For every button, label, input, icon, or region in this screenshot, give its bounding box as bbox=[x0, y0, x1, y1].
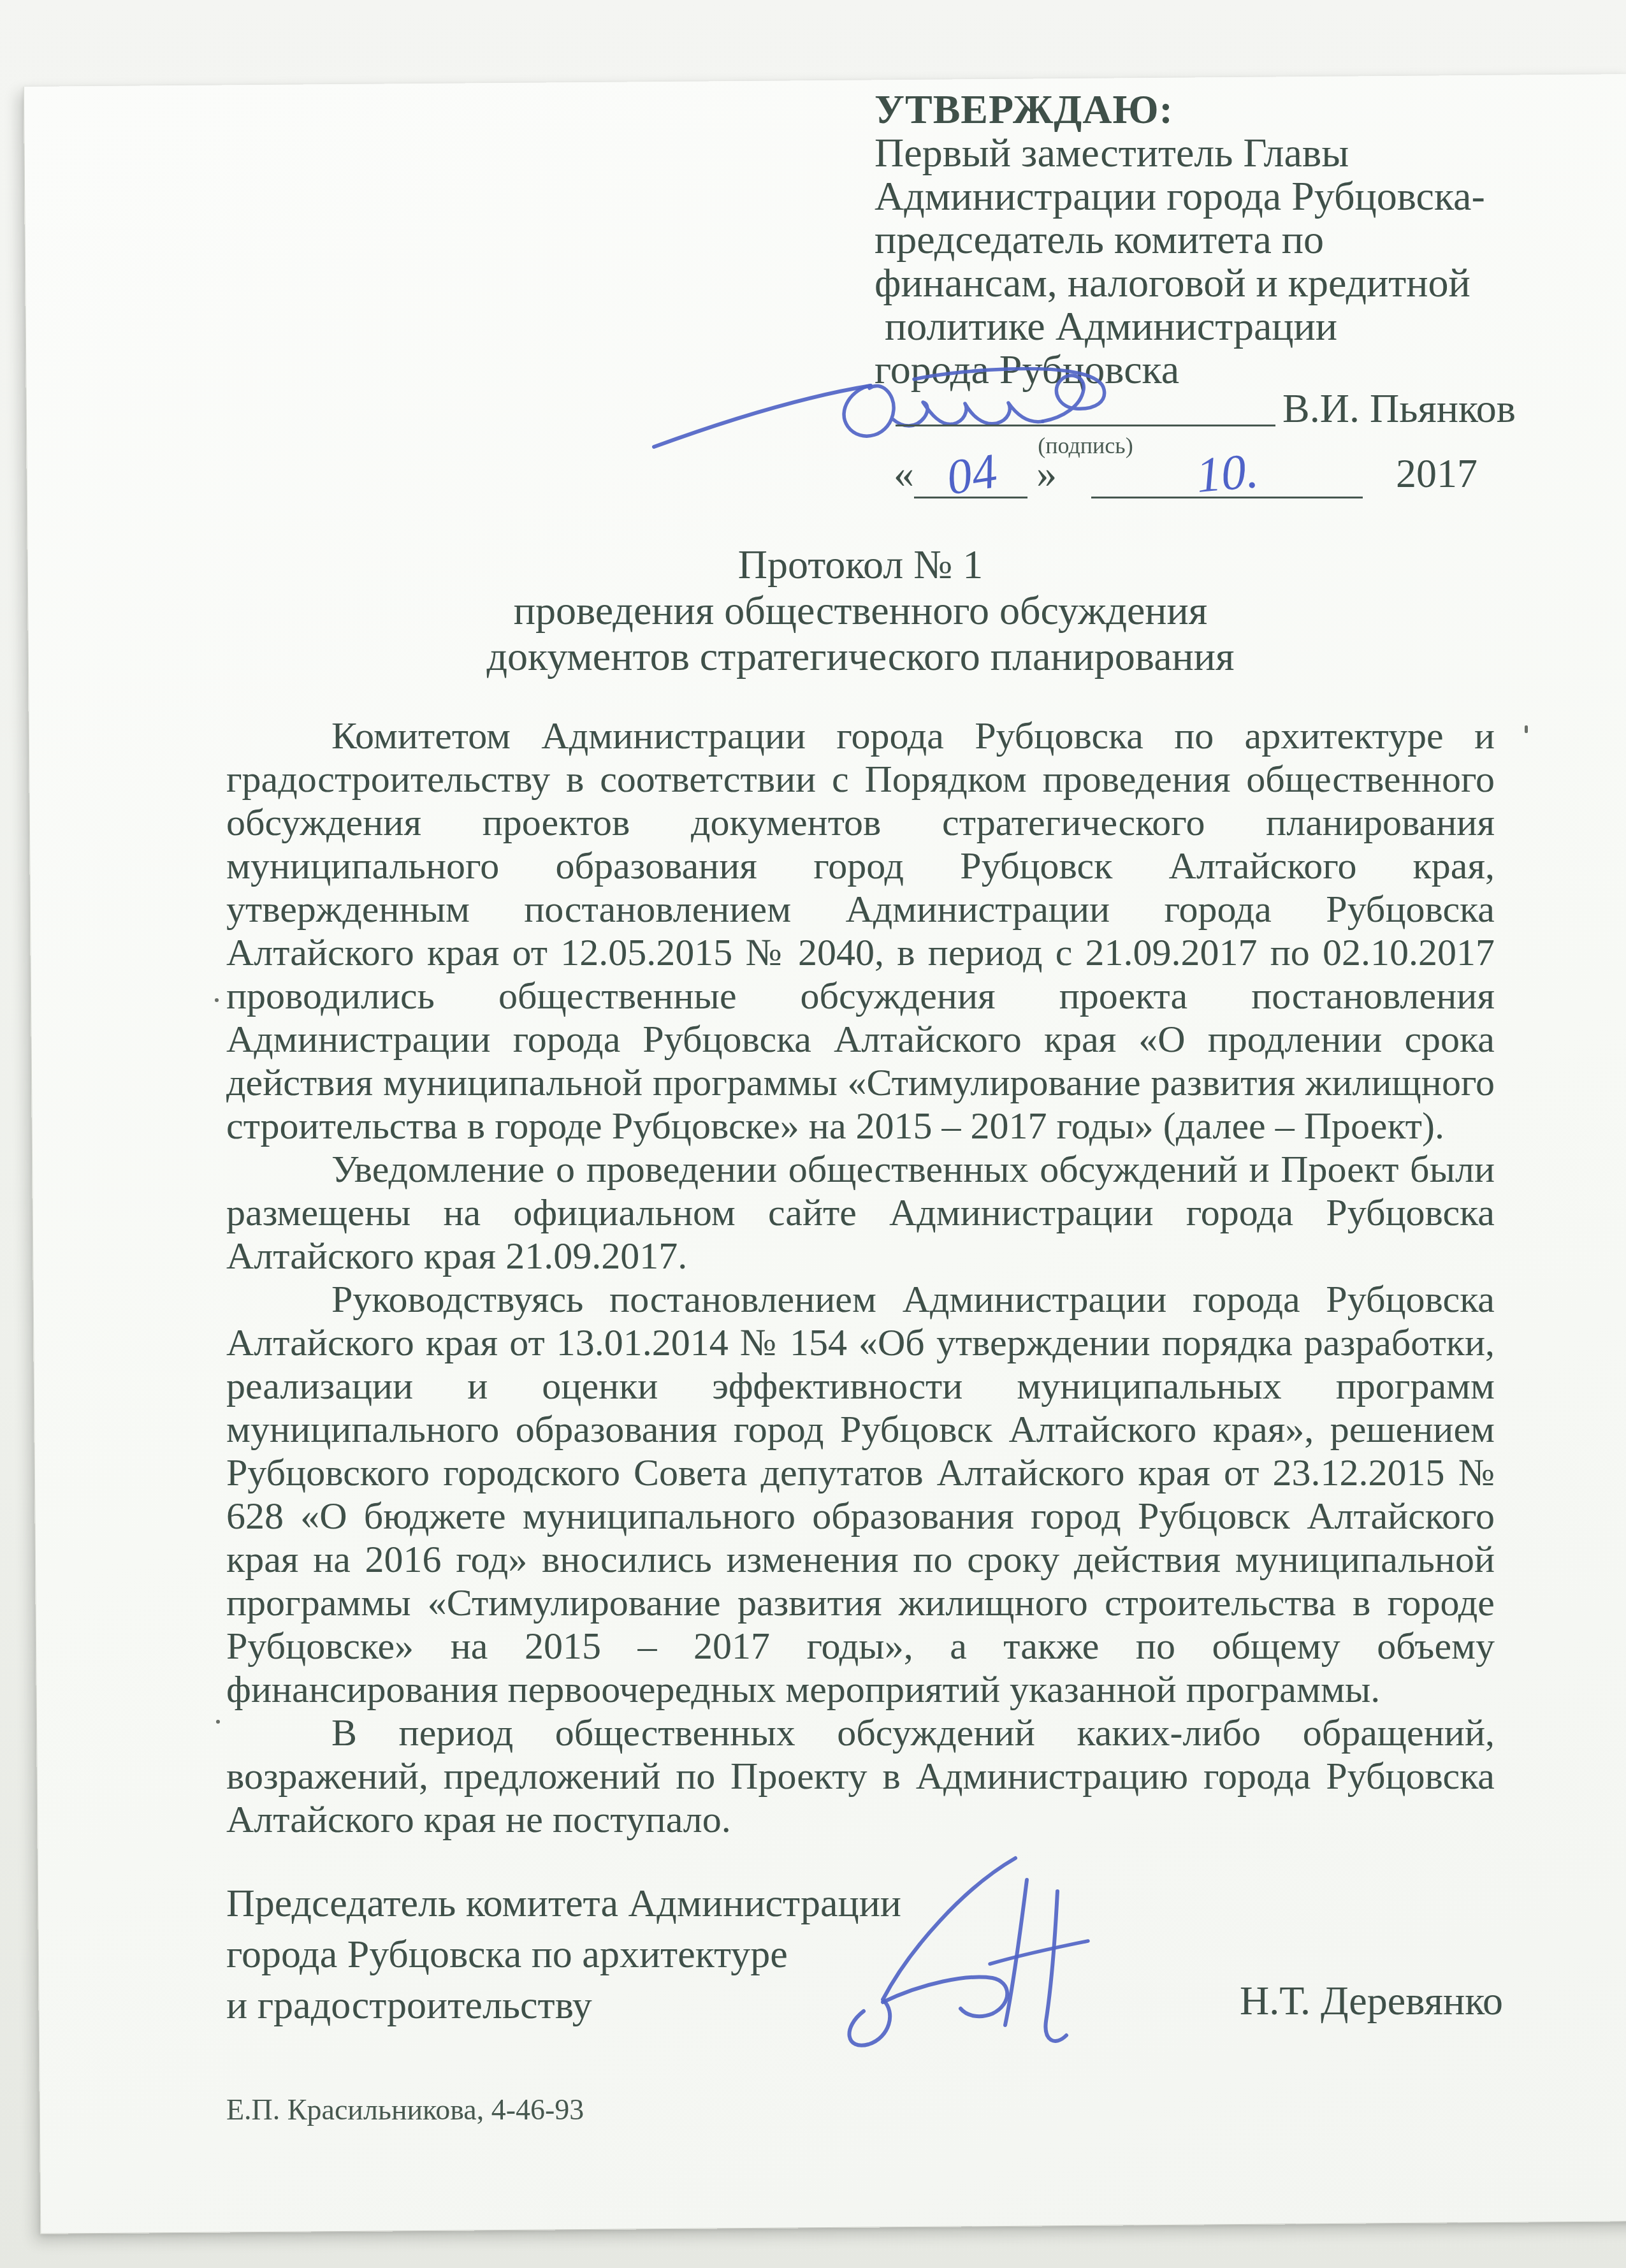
body-line: Комитетом Администрации города Рубцовска… bbox=[226, 714, 1495, 757]
body-line: Алтайского края 21.09.2017. bbox=[226, 1234, 1495, 1277]
body-line: Руководствуясь постановлением Администра… bbox=[226, 1277, 1495, 1321]
date-month-blank: 10. bbox=[1091, 439, 1363, 498]
body-line: муниципального образования город Рубцовс… bbox=[226, 844, 1495, 887]
body-line: реализации и оценки эффективности муници… bbox=[226, 1364, 1495, 1407]
scanned-document: { "approval": { "heading": "УТВЕРЖДАЮ:",… bbox=[0, 0, 1626, 2268]
approval-line: Администрации города Рубцовска- bbox=[875, 175, 1486, 218]
signature-line bbox=[896, 425, 1275, 426]
title-line: документов стратегического планирования bbox=[226, 634, 1495, 680]
body-line: Алтайского края не поступало. bbox=[226, 1798, 1495, 1841]
footer-contact: Е.П. Красильникова, 4-46-93 bbox=[226, 2093, 584, 2126]
chairman-signature-scribble-icon bbox=[800, 1852, 1119, 2072]
date-day-blank: 04 bbox=[914, 439, 1027, 498]
scan-speck bbox=[215, 998, 219, 1002]
title-line: проведения общественного обсуждения bbox=[226, 588, 1495, 634]
approval-heading: УТВЕРЖДАЮ: bbox=[875, 88, 1486, 131]
body-line: 628 «О бюджете муниципального образовани… bbox=[226, 1494, 1495, 1537]
body-line: края на 2016 год» вносились изменения по… bbox=[226, 1537, 1495, 1581]
body-line: В период общественных обсуждений каких-л… bbox=[226, 1711, 1495, 1754]
body-line: программы «Стимулирование развития жилищ… bbox=[226, 1581, 1495, 1624]
body-line: обсуждения проектов документов стратегич… bbox=[226, 801, 1495, 844]
body-line: возражений, предложений по Проекту в Адм… bbox=[226, 1754, 1495, 1798]
approval-line: политике Администрации bbox=[875, 305, 1486, 348]
body-line: Рубцовского городского Совета депутатов … bbox=[226, 1451, 1495, 1494]
approval-date: « 04 » 10. 2017 bbox=[894, 442, 1477, 498]
body-line: проводились общественные обсуждения прое… bbox=[226, 974, 1495, 1017]
body-text: Комитетом Администрации города Рубцовска… bbox=[226, 714, 1495, 1841]
body-line: Рубцовске» на 2015 – 2017 годы», а также… bbox=[226, 1624, 1495, 1668]
body-line: финансирования первоочередных мероприяти… bbox=[226, 1668, 1495, 1711]
title-line: Протокол № 1 bbox=[226, 542, 1495, 588]
body-line: Алтайского края от 13.01.2014 № 154 «Об … bbox=[226, 1321, 1495, 1364]
body-line: Алтайского края от 12.05.2015 № 2040, в … bbox=[226, 931, 1495, 974]
handwritten-month: 10. bbox=[1194, 442, 1261, 504]
body-line: градостроительству в соответствии с Поря… bbox=[226, 757, 1495, 801]
body-line: утвержденным постановлением Администраци… bbox=[226, 887, 1495, 931]
body-line: Администрации города Рубцовска Алтайског… bbox=[226, 1017, 1495, 1061]
chairman-name: Н.Т. Деревянко bbox=[1240, 1977, 1503, 2024]
date-year: 2017 bbox=[1396, 450, 1477, 498]
body-line: муниципального образования город Рубцовс… bbox=[226, 1407, 1495, 1451]
approval-line: финансам, налоговой и кредитной bbox=[875, 261, 1486, 305]
approval-line: Первый заместитель Главы bbox=[875, 131, 1486, 175]
body-line: Уведомление о проведении общественных об… bbox=[226, 1147, 1495, 1191]
document-title: Протокол № 1 проведения общественного об… bbox=[226, 542, 1495, 680]
handwritten-day: 04 bbox=[943, 442, 1001, 506]
scan-speck bbox=[216, 1720, 220, 1724]
approval-block: УТВЕРЖДАЮ: Первый заместитель Главы Адми… bbox=[875, 88, 1486, 391]
close-quote: » bbox=[1036, 450, 1057, 498]
body-line: действия муниципальной программы «Стимул… bbox=[226, 1061, 1495, 1104]
approver-name: В.И. Пьянков bbox=[1282, 385, 1516, 432]
body-line: строительства в городе Рубцовске» на 201… bbox=[226, 1104, 1495, 1147]
approval-line: председатель комитета по bbox=[875, 218, 1486, 261]
body-line: размещены на официальном сайте Администр… bbox=[226, 1191, 1495, 1234]
document-content: УТВЕРЖДАЮ: Первый заместитель Главы Адми… bbox=[0, 0, 1626, 2268]
scan-speck bbox=[1525, 725, 1528, 733]
open-quote: « bbox=[894, 450, 914, 498]
